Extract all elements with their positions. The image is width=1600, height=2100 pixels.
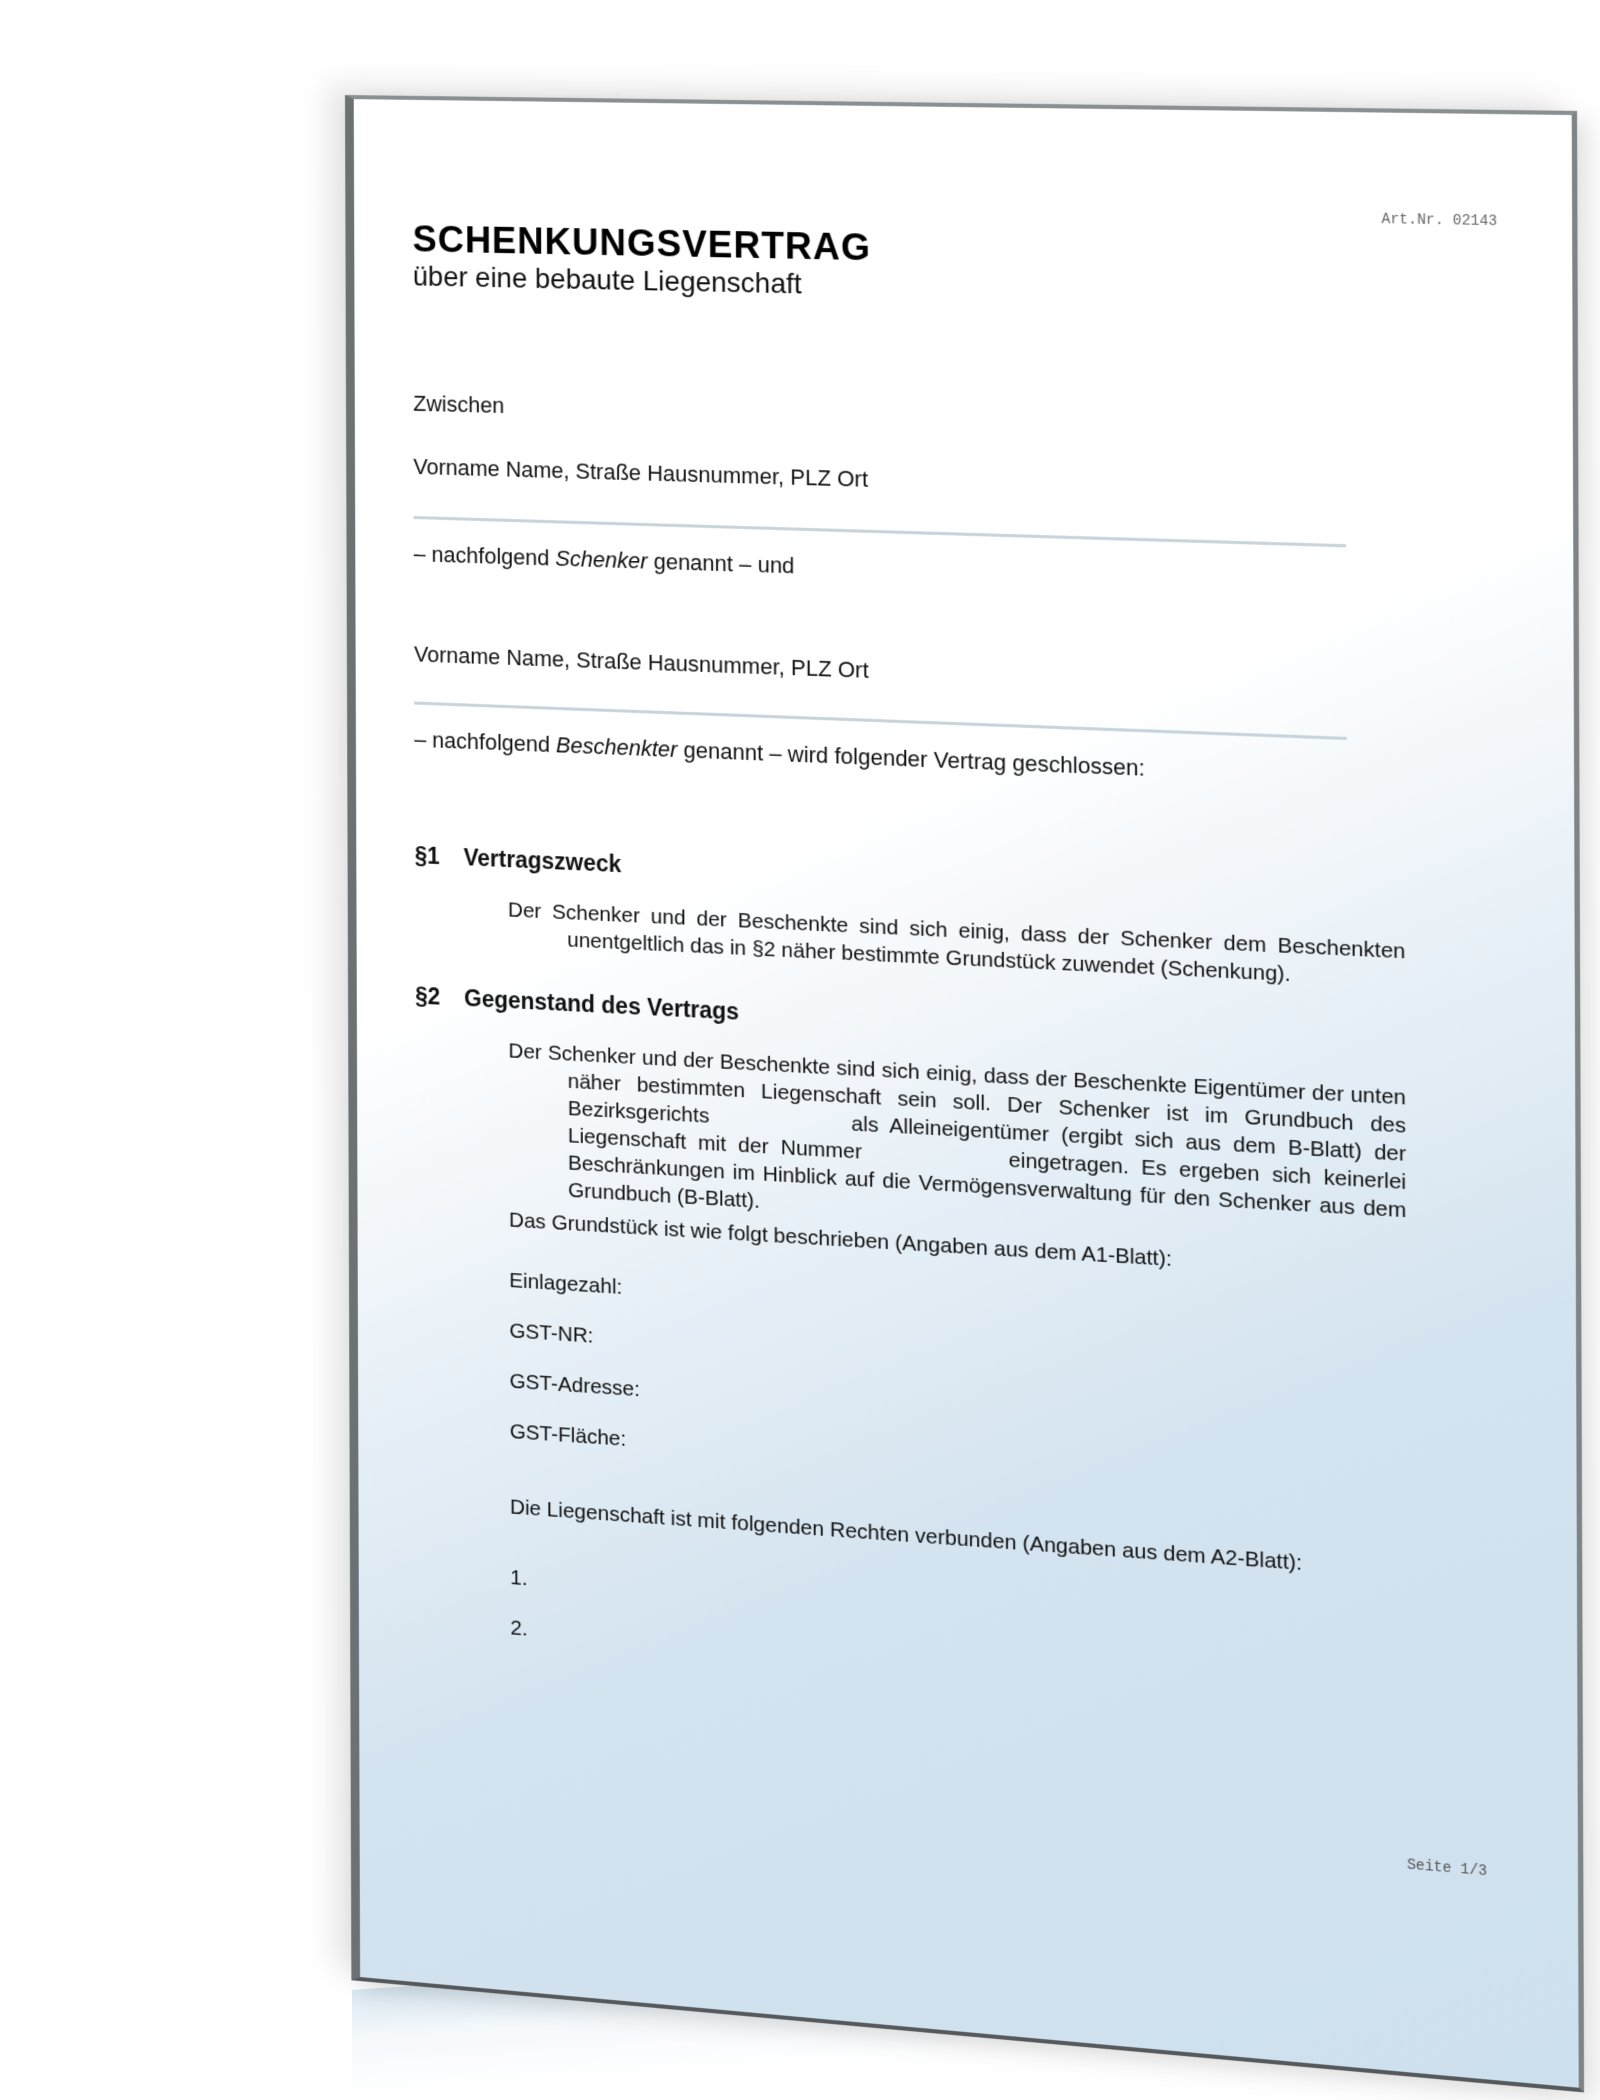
section-1-heading: §1Vertragszweck xyxy=(415,842,622,878)
field-gst-nr: GST-NR: xyxy=(509,1319,593,1349)
document-subtitle: über eine bebaute Liegenschaft xyxy=(413,260,802,300)
party2-role: – nachfolgend Beschenkter genannt – wird… xyxy=(414,727,1145,782)
party1-role: – nachfolgend Schenker genannt – und xyxy=(414,541,795,579)
field-gst-flaeche: GST-Fläche: xyxy=(510,1420,627,1452)
document-stage: Art.Nr. 02143 SCHENKUNGSVERTRAG über ein… xyxy=(0,0,1600,2100)
page-indicator: Seite 1/3 xyxy=(1407,1857,1487,1880)
field-einlagezahl: Einlagezahl: xyxy=(509,1269,622,1300)
between-label: Zwischen xyxy=(413,391,504,419)
rights-item-1: 1. xyxy=(510,1566,527,1591)
rights-item-2: 2. xyxy=(510,1616,527,1641)
section-2-heading: §2Gegenstand des Vertrags xyxy=(415,982,739,1025)
field-gst-adresse: GST-Adresse: xyxy=(510,1370,641,1403)
party2-address: Vorname Name, Straße Hausnummer, PLZ Ort xyxy=(414,641,869,684)
rights-intro: Die Liegenschaft ist mit folgenden Recht… xyxy=(510,1495,1302,1576)
section-1-text: Der Schenker und der Beschenkte sind sic… xyxy=(508,896,1406,993)
document-page: Art.Nr. 02143 SCHENKUNGSVERTRAG über ein… xyxy=(345,95,1584,2092)
article-number: Art.Nr. 02143 xyxy=(1381,212,1497,231)
party1-address: Vorname Name, Straße Hausnummer, PLZ Ort xyxy=(413,454,868,493)
role-name-schenker: Schenker xyxy=(555,546,647,574)
role-name-beschenkter: Beschenkter xyxy=(556,732,677,762)
party1-divider xyxy=(414,516,1346,547)
